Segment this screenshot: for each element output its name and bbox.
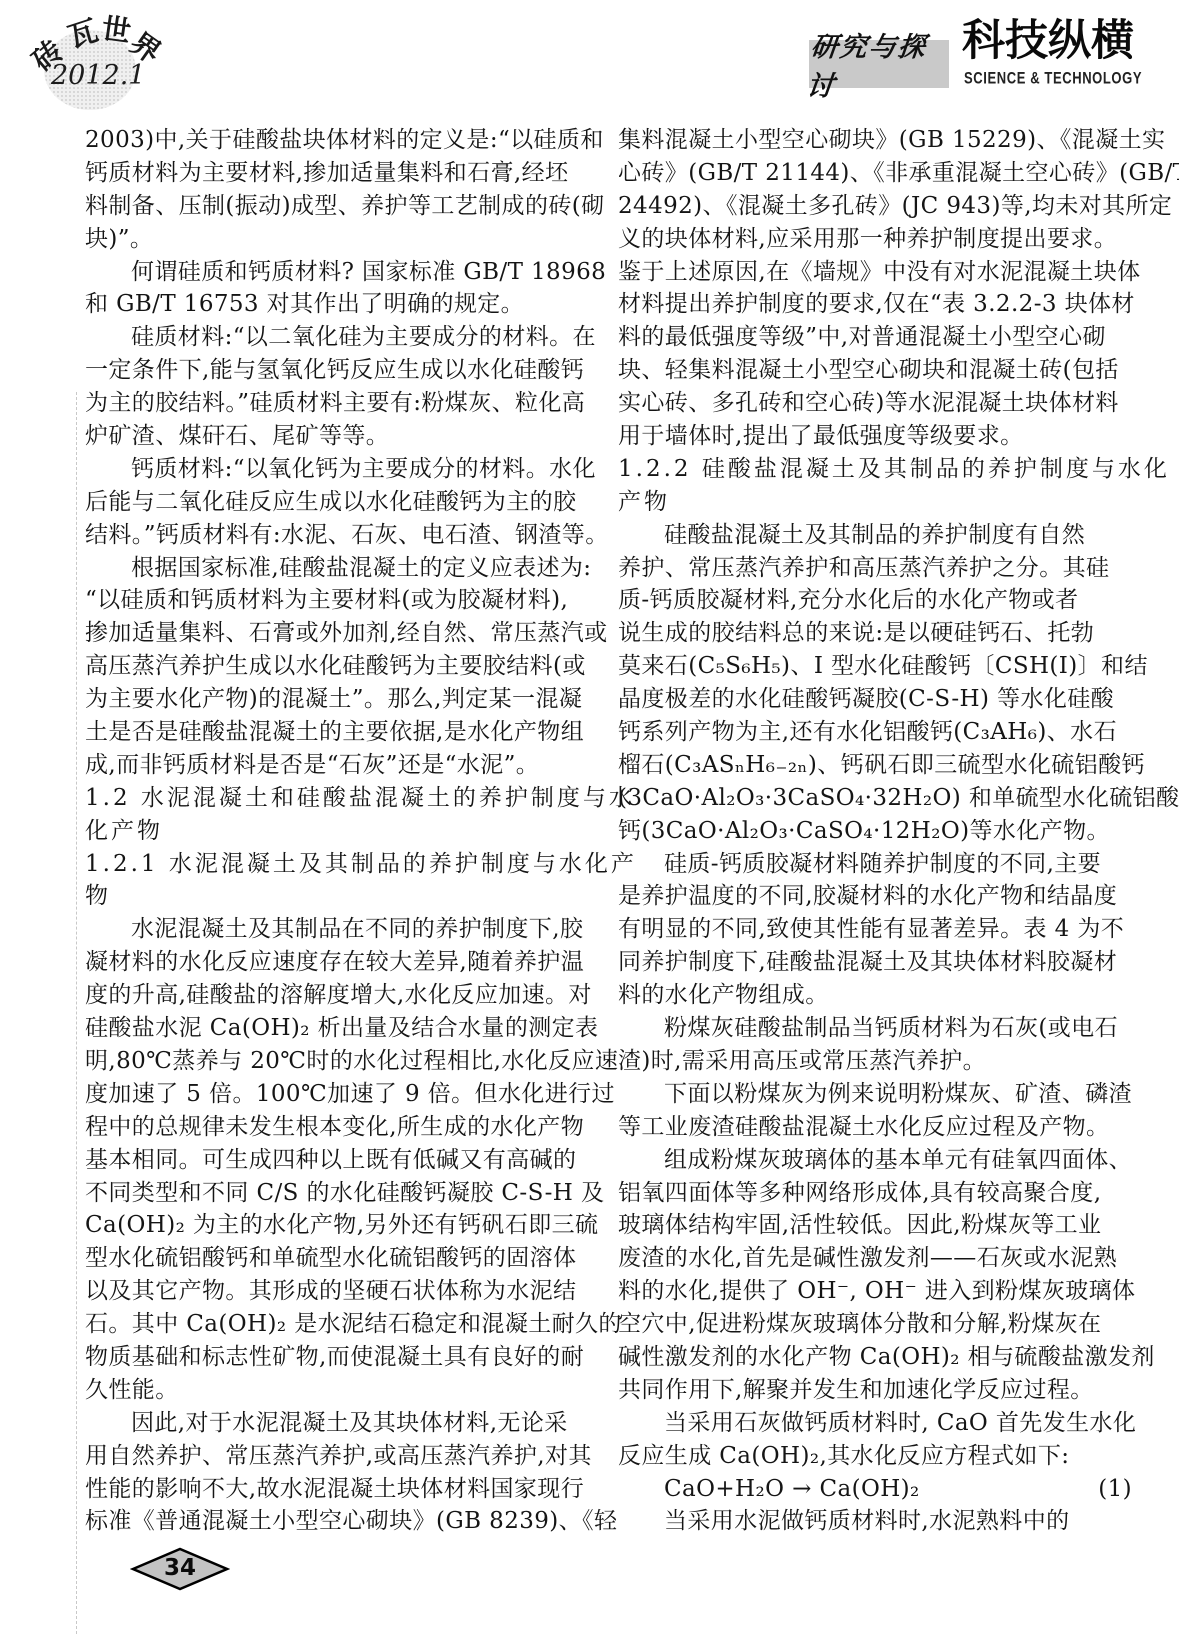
text-line: 晶度极差的水化硅酸钙凝胶(C-S-H) 等水化硅酸 [618, 683, 1132, 716]
text-line: 材料提出养护制度的要求,仅在“表 3.2.2-3 块体材 [618, 288, 1132, 321]
section-heading-line: 物 [85, 880, 602, 913]
text-line: 因此,对于水泥混凝土及其块体材料,无论采 [85, 1407, 602, 1440]
text-line: 何谓硅质和钙质材料? 国家标准 GB/T 18968 [85, 256, 602, 289]
text-line: 料的水化产物组成。 [618, 979, 1132, 1012]
text-line: 明,80℃蒸养与 20℃时的水化过程相比,水化反应速 [85, 1045, 602, 1078]
text-line: 型水化硫铝酸钙和单硫型水化硫铝酸钙的固溶体 [85, 1242, 602, 1275]
text-line: 料制备、压制(振动)成型、养护等工艺制成的砖(砌 [85, 190, 602, 223]
text-line: 标准《普通混凝土小型空心砌块》(GB 8239)、《轻 [85, 1505, 602, 1538]
text-line: 一定条件下,能与氢氧化钙反应生成以水化硅酸钙 [85, 354, 602, 387]
text-line: 程中的总规律未发生根本变化,所生成的水化产物 [85, 1111, 602, 1144]
section-heading-line: 1.2.2 硅酸盐混凝土及其制品的养护制度与水化 [618, 453, 1132, 486]
text-line: 钙质材料:“以氧化钙为主要成分的材料。水化 [85, 453, 602, 486]
section-heading-line: 1.2.1 水泥混凝土及其制品的养护制度与水化产 [85, 848, 602, 881]
logo-character: 世 [99, 6, 133, 51]
text-line: 掺加适量集料、石膏或外加剂,经自然、常压蒸汽或 [85, 617, 602, 650]
text-line: 24492)、《混凝土多孔砖》(JC 943)等,均未对其所定 [618, 190, 1132, 223]
text-line: 物质基础和标志性矿物,而使混凝土具有良好的耐 [85, 1341, 602, 1374]
text-line: 养护、常压蒸汽养护和高压蒸汽养护之分。其硅 [618, 552, 1132, 585]
text-line: 性能的影响不大,故水泥混凝土块体材料国家现行 [85, 1473, 602, 1506]
text-line: 当采用水泥做钙质材料时,水泥熟料中的 [618, 1505, 1132, 1538]
section-heading-line: 化产物 [85, 815, 602, 848]
column-tag-box: 研究与探讨 [809, 40, 949, 88]
text-line: 集料混凝土小型空心砌块》(GB 15229)、《混凝土实 [618, 124, 1132, 157]
journal-logo: 砖 瓦 世 界 2012.1 [18, 6, 178, 124]
text-line: 炉矿渣、煤矸石、尾矿等等。 [85, 420, 602, 453]
text-line: 榴石(C₃ASₙH₆₋₂ₙ)、钙矾石即三硫型水化硫铝酸钙 [618, 749, 1132, 782]
text-line: 基本相同。可生成四种以上既有低碱又有高碱的 [85, 1144, 602, 1177]
text-line: 共同作用下,解聚并发生和加速化学反应过程。 [618, 1374, 1132, 1407]
equation-text: CaO+H₂O → Ca(OH)₂ [664, 1473, 920, 1506]
text-line: 不同类型和不同 C/S 的水化硅酸钙凝胶 C-S-H 及 [85, 1177, 602, 1210]
page-edge-line [76, 392, 77, 1634]
text-line: 同养护制度下,硅酸盐混凝土及其块体材料胶凝材 [618, 946, 1132, 979]
text-line: 土是否是硅酸盐混凝土的主要依据,是水化产物组 [85, 716, 602, 749]
text-line: 鉴于上述原因,在《墙规》中没有对水泥混凝土块体 [618, 256, 1132, 289]
text-line: 和 GB/T 16753 对其作出了明确的规定。 [85, 288, 602, 321]
column-tag-label: 研究与探讨 [805, 25, 953, 103]
text-line: 硅酸盐混凝土及其制品的养护制度有自然 [618, 519, 1132, 552]
text-line: 为主要水化产物)的混凝土”。那么,判定某一混凝 [85, 683, 602, 716]
text-line: “以硅质和钙质材料为主要材料(或为胶凝材料), [85, 584, 602, 617]
journal-section-title: 科技纵横 [962, 20, 1134, 63]
left-column: 2003)中,关于硅酸盐块体材料的定义是:“以硅质和钙质材料为主要材料,掺加适量… [85, 124, 602, 1538]
text-line: 铝氧四面体等多种网络形成体,具有较高聚合度, [618, 1177, 1132, 1210]
text-line: 根据国家标准,硅酸盐混凝土的定义应表述为: [85, 552, 602, 585]
text-line: 石。其中 Ca(OH)₂ 是水泥结石稳定和混凝土耐久的 [85, 1308, 602, 1341]
text-line: 莫来石(C₅S₆H₅)、Ⅰ 型水化硅酸钙〔CSH(Ⅰ)〕和结 [618, 650, 1132, 683]
text-line: 当采用石灰做钙质材料时, CaO 首先发生水化 [618, 1407, 1132, 1440]
text-line: 硅酸盐水泥 Ca(OH)₂ 析出量及结合水量的测定表 [85, 1012, 602, 1045]
text-line: 是养护温度的不同,胶凝材料的水化产物和结晶度 [618, 880, 1132, 913]
text-line: 碱性激发剂的水化产物 Ca(OH)₂ 相与硫酸盐激发剂 [618, 1341, 1132, 1374]
text-line: Ca(OH)₂ 为主的水化产物,另外还有钙矾石即三硫 [85, 1209, 602, 1242]
text-line: 有明显的不同,致使其性能有显著差异。表 4 为不 [618, 913, 1132, 946]
text-line: 为主的胶结料。”硅质材料主要有:粉煤灰、粒化高 [85, 387, 602, 420]
text-line: 凝材料的水化反应速度存在较大差异,随着养护温 [85, 946, 602, 979]
scanned-page: 砖 瓦 世 界 2012.1 研究与探讨 科技纵横 SCIENCE & TECH… [0, 0, 1179, 1634]
text-line: 粉煤灰硅酸盐制品当钙质材料为石灰(或电石 [618, 1012, 1132, 1045]
text-line: 度加速了 5 倍。100℃加速了 9 倍。但水化进行过 [85, 1078, 602, 1111]
text-line: 结料。”钙质材料有:水泥、石灰、电石渣、钢渣等。 [85, 519, 602, 552]
text-line: 用于墙体时,提出了最低强度等级要求。 [618, 420, 1132, 453]
text-line: 块、轻集料混凝土小型空心砌块和混凝土砖(包括 [618, 354, 1132, 387]
text-line: 质-钙质胶凝材料,充分水化后的水化产物或者 [618, 584, 1132, 617]
text-line: 玻璃体结构牢固,活性较低。因此,粉煤灰等工业 [618, 1209, 1132, 1242]
page-number: 34 [130, 1555, 230, 1581]
page-number-badge: 34 [130, 1546, 230, 1592]
issue-number: 2012.1 [51, 60, 145, 91]
text-line: 下面以粉煤灰为例来说明粉煤灰、矿渣、磷渣 [618, 1078, 1132, 1111]
text-line: 成,而非钙质材料是否是“石灰”还是“水泥”。 [85, 749, 602, 782]
text-line: 度的升高,硅酸盐的溶解度增大,水化反应加速。对 [85, 979, 602, 1012]
text-line: 后能与二氧化硅反应生成以水化硅酸钙为主的胶 [85, 486, 602, 519]
text-line: (3CaO·Al₂O₃·3CaSO₄·32H₂O) 和单硫型水化硫铝酸 [618, 782, 1132, 815]
text-line: 说生成的胶结料总的来说:是以硬硅钙石、托勃 [618, 617, 1132, 650]
text-line: 等工业废渣硅酸盐混凝土水化反应过程及产物。 [618, 1111, 1132, 1144]
text-line: 实心砖、多孔砖和空心砖)等水泥混凝土块体材料 [618, 387, 1132, 420]
text-line: 心砖》(GB/T 21144)、《非承重混凝土空心砖》(GB/T [618, 157, 1132, 190]
right-column: 集料混凝土小型空心砌块》(GB 15229)、《混凝土实心砖》(GB/T 211… [618, 124, 1132, 1538]
text-line: 废渣的水化,首先是碱性激发剂——石灰或水泥熟 [618, 1242, 1132, 1275]
text-line: 钙系列产物为主,还有水化铝酸钙(C₃AH₆)、水石 [618, 716, 1132, 749]
section-heading-line: 产物 [618, 486, 1132, 519]
text-line: 料的最低强度等级”中,对普通混凝土小型空心砌 [618, 321, 1132, 354]
text-line: 钙质材料为主要材料,掺加适量集料和石膏,经坯 [85, 157, 602, 190]
text-line: CaO+H₂O → Ca(OH)₂(1) [618, 1473, 1132, 1506]
journal-section-subtitle: SCIENCE & TECHNOLOGY [964, 68, 1142, 88]
section-heading-line: 1.2 水泥混凝土和硅酸盐混凝土的养护制度与水 [85, 782, 602, 815]
text-line: 硅质-钙质胶凝材料随养护制度的不同,主要 [618, 848, 1132, 881]
text-line: 空穴中,促进粉煤灰玻璃体分散和分解,粉煤灰在 [618, 1308, 1132, 1341]
text-line: 用自然养护、常压蒸汽养护,或高压蒸汽养护,对其 [85, 1440, 602, 1473]
text-line: 组成粉煤灰玻璃体的基本单元有硅氧四面体、 [618, 1144, 1132, 1177]
equation-number: (1) [1098, 1473, 1132, 1506]
text-line: 硅质材料:“以二氧化硅为主要成分的材料。在 [85, 321, 602, 354]
text-line: 料的水化,提供了 OH⁻, OH⁻ 进入到粉煤灰玻璃体 [618, 1275, 1132, 1308]
text-line: 久性能。 [85, 1374, 602, 1407]
text-line: 义的块体材料,应采用那一种养护制度提出要求。 [618, 223, 1132, 256]
text-line: 渣)时,需采用高压或常压蒸汽养护。 [618, 1045, 1132, 1078]
text-line: 反应生成 Ca(OH)₂,其水化反应方程式如下: [618, 1440, 1132, 1473]
text-line: 以及其它产物。其形成的坚硬石状体称为水泥结 [85, 1275, 602, 1308]
text-line: 钙(3CaO·Al₂O₃·CaSO₄·12H₂O)等水化产物。 [618, 815, 1132, 848]
text-line: 水泥混凝土及其制品在不同的养护制度下,胶 [85, 913, 602, 946]
text-line: 高压蒸汽养护生成以水化硅酸钙为主要胶结料(或 [85, 650, 602, 683]
text-line: 块)”。 [85, 223, 602, 256]
text-line: 2003)中,关于硅酸盐块体材料的定义是:“以硅质和 [85, 124, 602, 157]
